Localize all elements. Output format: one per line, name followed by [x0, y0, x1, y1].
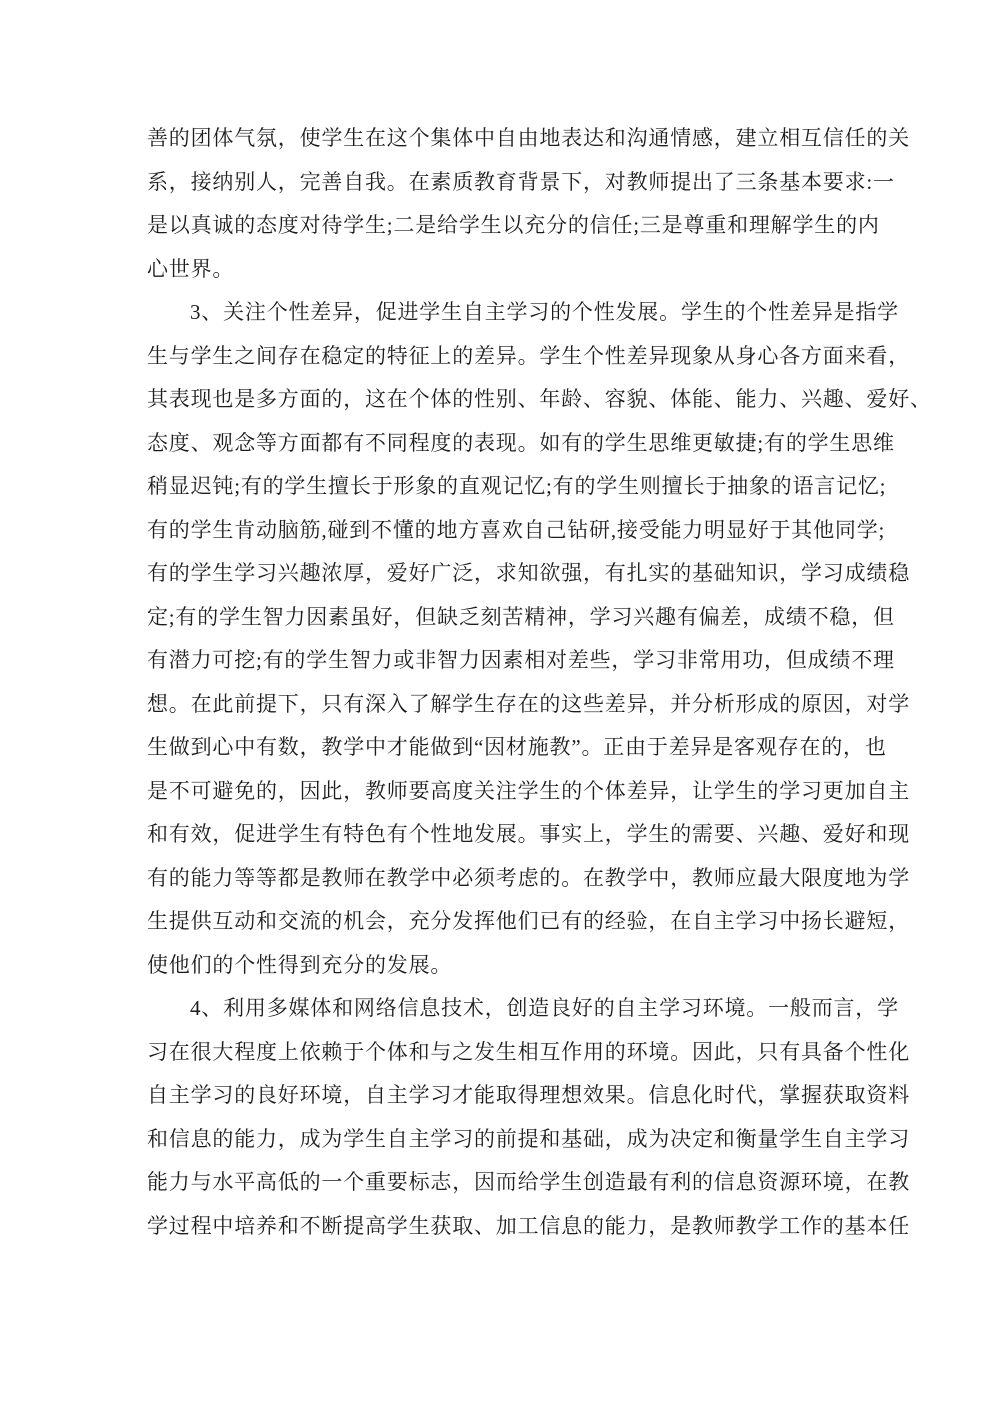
text-line: 能力与水平高低的一个重要标志，因而给学生创造最有利的信息资源环境，在教	[147, 1161, 846, 1205]
text-line: 系，接纳别人，完善自我。在素质教育背景下，对教师提出了三条基本要求:一	[147, 161, 846, 205]
paragraph-1: 善的团体气氛，使学生在这个集体中自由地表达和沟通情感，建立相互信任的关 系，接纳…	[147, 117, 846, 291]
text-line: 有的学生肯动脑筋,碰到不懂的地方喜欢自己钻研,接受能力明显好于其他同学;	[147, 509, 846, 553]
text-line: 和有效，促进学生有特色有个性地发展。事实上，学生的需要、兴趣、爱好和现	[147, 813, 846, 857]
text-line: 定;有的学生智力因素虽好，但缺乏刻苦精神，学习兴趣有偏差，成绩不稳，但	[147, 596, 846, 640]
text-line: 想。在此前提下，只有深入了解学生存在的这些差异，并分析形成的原因，对学	[147, 683, 846, 727]
text-line: 态度、观念等方面都有不同程度的表现。如有的学生思维更敏捷;有的学生思维	[147, 422, 846, 466]
text-line: 是不可避免的，因此，教师要高度关注学生的个体差异，让学生的学习更加自主	[147, 770, 846, 814]
text-line: 学过程中培养和不断提高学生获取、加工信息的能力，是教师教学工作的基本任	[147, 1205, 846, 1249]
text-line: 生提供互动和交流的机会，充分发挥他们已有的经验，在自主学习中扬长避短，	[147, 900, 846, 944]
text-line: 习在很大程度上依赖于个体和与之发生相互作用的环境。因此，只有具备个性化	[147, 1031, 846, 1075]
text-line: 其表现也是多方面的，这在个体的性别、年龄、容貌、体能、能力、兴趣、爱好、	[147, 378, 846, 422]
text-line: 4、利用多媒体和网络信息技术，创造良好的自主学习环境。一般而言，学	[147, 987, 846, 1031]
text-line: 自主学习的良好环境，自主学习才能取得理想效果。信息化时代，掌握获取资料	[147, 1074, 846, 1118]
text-line: 有的学生学习兴趣浓厚，爱好广泛，求知欲强，有扎实的基础知识，学习成绩稳	[147, 552, 846, 596]
text-line: 有的能力等等都是教师在教学中必须考虑的。在教学中，教师应最大限度地为学	[147, 857, 846, 901]
paragraph-3: 4、利用多媒体和网络信息技术，创造良好的自主学习环境。一般而言，学 习在很大程度…	[147, 987, 846, 1248]
text-line: 稍显迟钝;有的学生擅长于形象的直观记忆;有的学生则擅长于抽象的语言记忆;	[147, 465, 846, 509]
paragraph-2: 3、关注个性差异，促进学生自主学习的个性发展。学生的个性差异是指学 生与学生之间…	[147, 291, 846, 987]
document-body: 善的团体气氛，使学生在这个集体中自由地表达和沟通情感，建立相互信任的关 系，接纳…	[147, 117, 846, 1248]
text-line: 生做到心中有数，教学中才能做到“因材施教”。正由于差异是客观存在的，也	[147, 726, 846, 770]
text-line: 3、关注个性差异，促进学生自主学习的个性发展。学生的个性差异是指学	[147, 291, 846, 335]
text-line: 使他们的个性得到充分的发展。	[147, 944, 846, 988]
text-line: 心世界。	[147, 248, 846, 292]
text-line: 是以真诚的态度对待学生;二是给学生以充分的信任;三是尊重和理解学生的内	[147, 204, 846, 248]
text-line: 有潜力可挖;有的学生智力或非智力因素相对差些，学习非常用功，但成绩不理	[147, 639, 846, 683]
document-page: 善的团体气氛，使学生在这个集体中自由地表达和沟通情感，建立相互信任的关 系，接纳…	[0, 0, 992, 1403]
text-line: 和信息的能力，成为学生自主学习的前提和基础，成为决定和衡量学生自主学习	[147, 1118, 846, 1162]
text-line: 善的团体气氛，使学生在这个集体中自由地表达和沟通情感，建立相互信任的关	[147, 117, 846, 161]
text-line: 生与学生之间存在稳定的特征上的差异。学生个性差异现象从身心各方面来看，	[147, 335, 846, 379]
